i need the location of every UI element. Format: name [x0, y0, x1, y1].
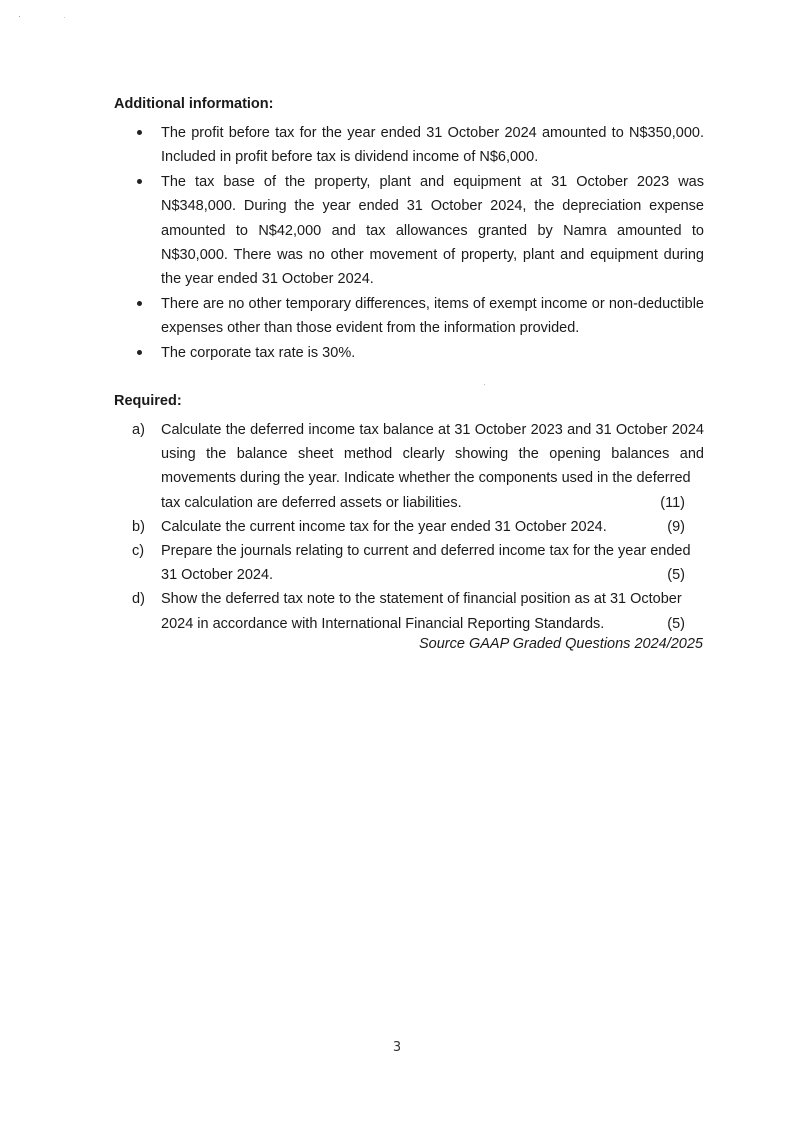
question-marks: (9)	[667, 515, 685, 539]
question-item: a) Calculate the deferred income tax bal…	[132, 418, 704, 515]
required-questions-list: a) Calculate the deferred income tax bal…	[132, 418, 704, 636]
bullet-item: The profit before tax for the year ended…	[132, 121, 704, 170]
question-text: Calculate the current income tax for the…	[161, 515, 704, 539]
question-letter: d)	[132, 587, 145, 611]
bullet-item: The corporate tax rate is 30%.	[132, 341, 704, 365]
required-heading: Required:	[114, 393, 182, 409]
question-marks: (5)	[667, 563, 685, 587]
scan-speck	[484, 384, 485, 385]
question-item: d) Show the deferred tax note to the sta…	[132, 587, 704, 635]
question-marks: (11)	[660, 491, 685, 515]
bullet-item: There are no other temporary differences…	[132, 292, 704, 341]
question-text: Calculate the deferred income tax balanc…	[161, 422, 704, 486]
question-text-last-line: tax calculation are deferred assets or l…	[161, 491, 704, 515]
bullet-icon	[137, 350, 142, 355]
question-letter: a)	[132, 418, 145, 442]
additional-information-list: The profit before tax for the year ended…	[132, 121, 704, 365]
question-letter: b)	[132, 515, 145, 539]
scan-speck	[64, 17, 65, 18]
source-citation: Source GAAP Graded Questions 2024/2025	[419, 636, 703, 652]
question-letter: c)	[132, 539, 144, 563]
bullet-icon	[137, 179, 142, 184]
bullet-text: The corporate tax rate is 30%.	[161, 345, 355, 361]
question-item: b) Calculate the current income tax for …	[132, 515, 704, 539]
bullet-icon	[137, 301, 142, 306]
bullet-text: The tax base of the property, plant and …	[161, 174, 704, 288]
document-page: Additional information: The profit befor…	[0, 0, 794, 1122]
bullet-text: The profit before tax for the year ended…	[161, 125, 704, 165]
bullet-item: The tax base of the property, plant and …	[132, 170, 704, 292]
question-text-last-line: 2024 in accordance with International Fi…	[161, 612, 704, 636]
question-marks: (5)	[667, 612, 685, 636]
question-text: Prepare the journals relating to current…	[161, 543, 691, 559]
question-text: Show the deferred tax note to the statem…	[161, 591, 682, 607]
additional-information-heading: Additional information:	[114, 96, 273, 112]
bullet-text: There are no other temporary differences…	[161, 296, 704, 336]
question-item: c) Prepare the journals relating to curr…	[132, 539, 704, 587]
bullet-icon	[137, 130, 142, 135]
question-text-last-line: 31 October 2024.	[161, 563, 704, 587]
scan-speck	[19, 16, 20, 17]
page-number: 3	[0, 1040, 794, 1055]
